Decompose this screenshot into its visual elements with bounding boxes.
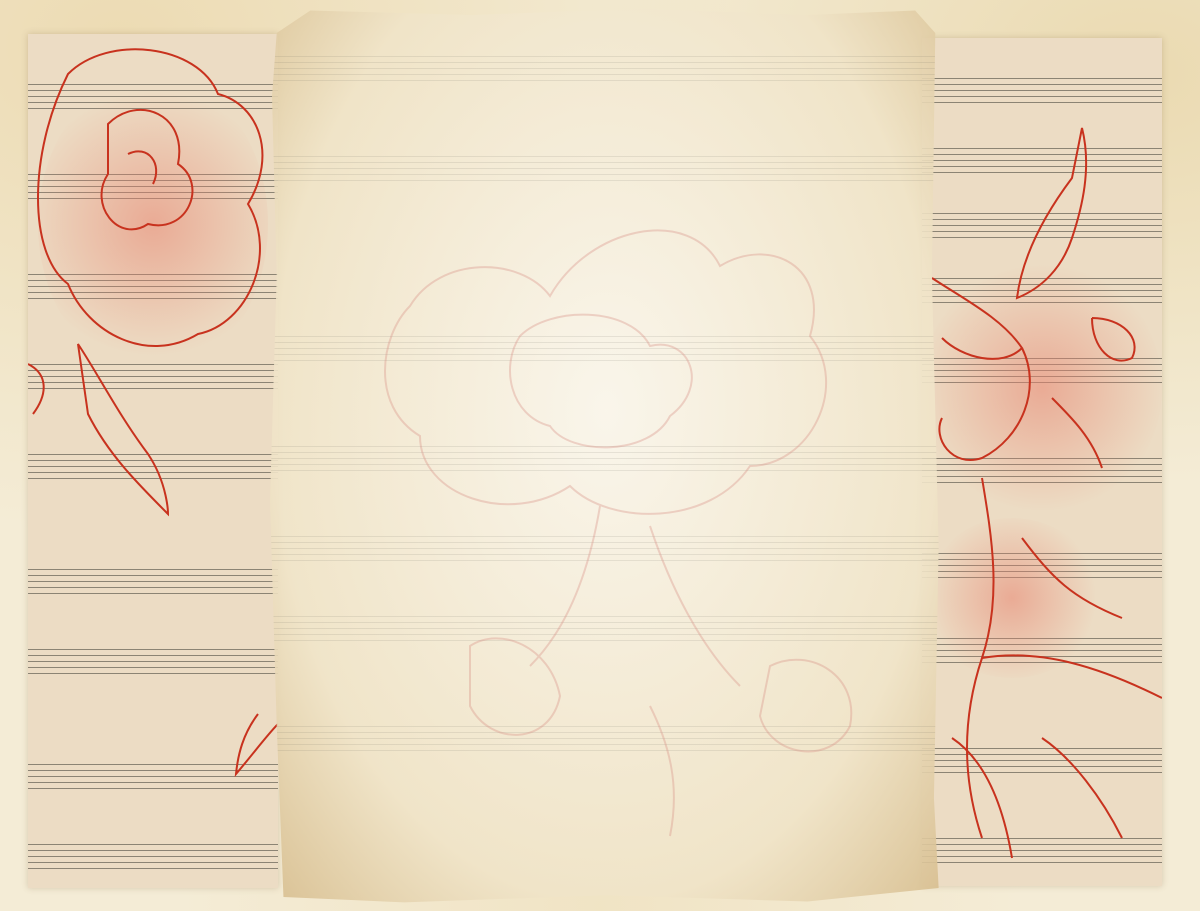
peony-illustration-icon — [28, 34, 278, 888]
left-sheet-music-panel — [28, 34, 278, 888]
faint-flower-watermark-icon — [270, 6, 942, 906]
lily-illustration-icon — [922, 38, 1162, 886]
right-sheet-music-panel — [922, 38, 1162, 886]
center-blank-paper — [270, 6, 942, 906]
